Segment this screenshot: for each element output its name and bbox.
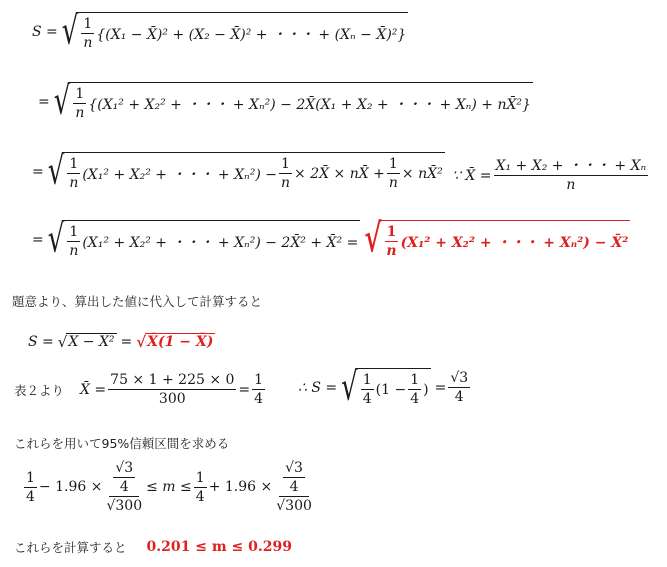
ci-formula: 14 − 1.96 × √34 √300 ≤ m ≤ 14 + 1.96 × √… [22, 460, 316, 514]
substitution-intro: 題意より、算出した値に代入して計算すると [12, 292, 262, 310]
sqrt-sign: √ 1n {(X₁ − X̄)² + (X₂ − X̄)² + ・・・ + (X… [62, 12, 409, 51]
because-note: ∵ X̄ = X₁ + X₂ + ・・・ + Xₙn [452, 158, 650, 193]
formula-line-1: S = √ 1n {(X₁ − X̄)² + (X₂ − X̄)² + ・・・ … [32, 12, 408, 51]
s-value: ∴ S = √ 14 (1 − 14 ) = √34 [298, 368, 472, 407]
sqrt-sign: √ X̄ − X̄² [58, 333, 117, 350]
formula-lhs: S = [32, 24, 58, 40]
sqrt-sign: √ 1n {(X₁² + X₂² + ・・・ + Xₙ²) − 2X̄(X₁ +… [54, 82, 533, 121]
result-highlight: √ 1n (X₁² + X₂² + ・・・ + Xₙ²) − X̄² [364, 220, 630, 259]
sqrt-sign: √ 1n (X₁² + X₂² + ・・・ + Xₙ²) − 2X̄² + X̄… [48, 220, 361, 259]
simplified-formula: S = √ X̄ − X̄² = √ X̄(1 − X̄) [28, 333, 215, 350]
conclusion-label: これらを計算すると [14, 538, 127, 556]
ci-intro: これらを用いて95%信頼区間を求める [14, 434, 229, 452]
formula-line-2: = √ 1n {(X₁² + X₂² + ・・・ + Xₙ²) − 2X̄(X₁… [38, 82, 533, 121]
sqrt-sign: √ 14 (1 − 14 ) [341, 368, 430, 407]
table-ref-label: 表２より [14, 381, 64, 399]
equals-sign: = [32, 232, 44, 248]
sqrt-sign: √ 1n (X₁² + X₂² + ・・・ + Xₙ²) − 1n × 2X̄ … [48, 152, 445, 191]
equals-sign: = [38, 94, 50, 110]
conclusion-line: これらを計算すると 0.201 ≤ m ≤ 0.299 [14, 538, 292, 556]
conclusion-result: 0.201 ≤ m ≤ 0.299 [147, 539, 292, 555]
formula-line-4: = √ 1n (X₁² + X₂² + ・・・ + Xₙ²) − 2X̄² + … [32, 220, 630, 259]
formula-body: {(X₁ − X̄)² + (X₂ − X̄)² + ・・・ + (Xₙ − X… [96, 24, 406, 44]
result-highlight: √ X̄(1 − X̄) [136, 333, 215, 350]
formula-line-3: = √ 1n (X₁² + X₂² + ・・・ + Xₙ²) − 1n × 2X… [32, 152, 445, 191]
table-ref-line: 表２より X̄ = 75 × 1 + 225 × 0300 = 14 [14, 372, 267, 407]
equals-sign: = [32, 164, 44, 180]
formula-body: {(X₁² + X₂² + ・・・ + Xₙ²) − 2X̄(X₁ + X₂ +… [88, 94, 531, 114]
